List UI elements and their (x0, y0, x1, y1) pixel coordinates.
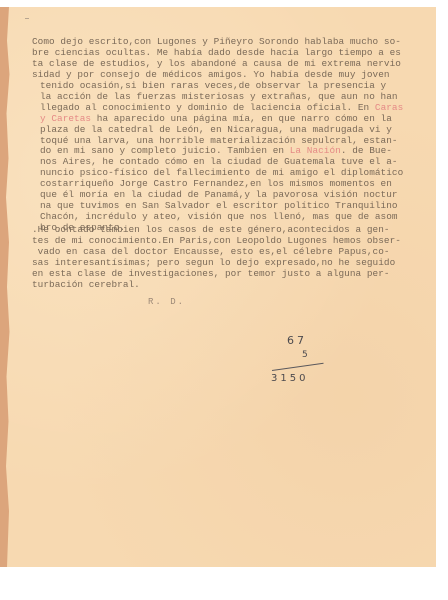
text-line: toqué una larva, una horrible materializ… (40, 135, 398, 146)
text-line: en esta clase de investigaciones, por te… (32, 268, 390, 279)
paragraph-2: tenido ocasión,si bien raras veces,de ob… (40, 81, 403, 234)
text-line: sas interesantísimas; pero segun lo dejo… (32, 257, 395, 268)
text-line: . de Bue- (341, 145, 392, 156)
signature-initials: R. D. (148, 297, 185, 307)
paper-mark (25, 18, 29, 19)
text-line: plaza de la catedral de León, en Nicarag… (40, 124, 392, 135)
text-line: do en mi sano y completo juicio. Tambien… (40, 145, 290, 156)
paragraph-1: Como dejo escrito,con Lugones y Piñeyro … (32, 37, 401, 81)
paragraph-3: .He contado tambien los casos de este gé… (32, 225, 401, 290)
text-line: bre ciencias ocultas. Me había dado desd… (32, 47, 401, 58)
text-line: nos Aires, he contado cómo en la ciudad … (40, 156, 398, 167)
text-line: costarriqueño Jorge Castro Fernandez,en … (40, 178, 392, 189)
text-line: Como dejo escrito,con Lugones y Piñeyro … (32, 36, 401, 47)
text-line: llegado al conocimiento y dominio de lac… (40, 102, 375, 113)
text-line: Chacón, incrédulo y ateo, visión que nos… (40, 211, 398, 222)
text-line: sidad y por consejo de médicos amigos. Y… (32, 69, 390, 80)
text-line: nuncio psico-físico del fallecimiento de… (40, 167, 403, 178)
text-line: que él moría en la ciudad de Panamá,y la… (40, 189, 398, 200)
text-line: ta clase de estudios, y los abandoné a c… (32, 58, 401, 69)
handwritten-note-3: 3150 (271, 373, 308, 384)
text-line: tenido ocasión,si bien raras veces,de ob… (40, 80, 386, 91)
scanned-document: Como dejo escrito,con Lugones y Piñeyro … (0, 0, 448, 600)
publication-name-la-nacion: La Nación (290, 145, 341, 156)
text-line: ha aparecido una página mía, en que narr… (91, 113, 392, 124)
text-line: turbación cerebral. (32, 279, 140, 290)
publication-name-caras: Caras (375, 102, 403, 113)
text-line: na que tuvimos en San Salvador el escrit… (40, 200, 398, 211)
text-line: .He contado tambien los casos de este gé… (32, 224, 390, 235)
publication-name-caretas: y Caretas (40, 113, 91, 124)
text-line: la acción de las fuerzas misteriosas y e… (40, 91, 398, 102)
handwritten-note-2: 5 (302, 350, 308, 360)
text-line: tes de mi conocimiento.En Paris,con Leop… (32, 235, 401, 246)
handwritten-note-1: 67 (287, 334, 307, 347)
text-line: vado en casa del doctor Encausse, esto e… (32, 246, 390, 257)
